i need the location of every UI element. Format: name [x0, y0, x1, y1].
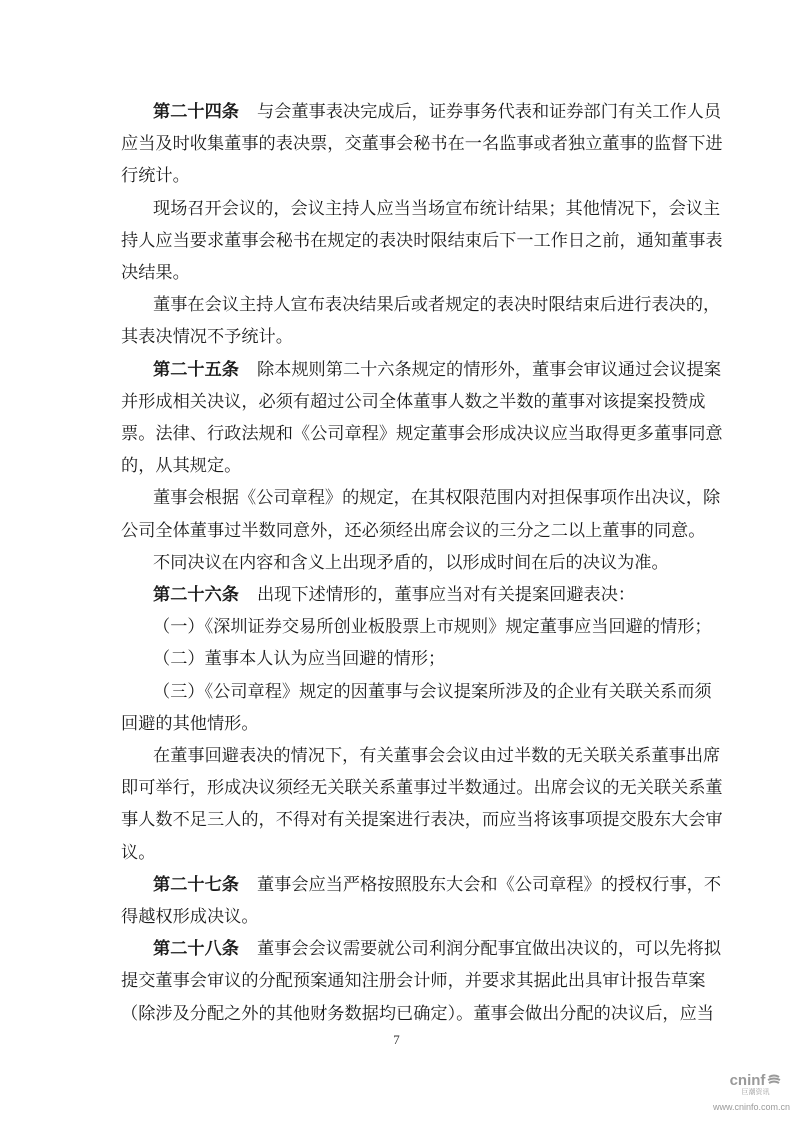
text-line: 其表决情况不予统计。 — [121, 323, 293, 351]
brand-name: cninf — [730, 1072, 766, 1089]
text-line: 回避的其他情形。 — [121, 710, 259, 738]
text-line: 决结果。 — [121, 259, 190, 287]
text-line: 即可举行，形成决议须经无关联关系董事过半数通过。出席会议的无关联关系董 — [121, 774, 684, 802]
text-line: 并形成相关决议，必须有超过公司全体董事人数之半数的董事对该提案投赞成 — [121, 388, 684, 416]
brand-url: www.cninfo.com.cn — [713, 1102, 790, 1112]
text-line: 议。 — [121, 839, 155, 867]
page-number: 7 — [0, 1032, 793, 1048]
article-heading: 第二十四条 — [153, 102, 239, 122]
cninfo-logo-icon — [767, 1074, 781, 1086]
article-heading: 第二十七条 — [153, 875, 239, 895]
text-line: 得越权形成决议。 — [121, 903, 259, 931]
text-line: 持人应当要求董事会秘书在规定的表决时限结束后下一工作日之前，通知董事表 — [121, 227, 684, 255]
text-line: 提交董事会审议的分配预案通知注册会计师，并要求其据此出具审计报告草案 — [121, 967, 684, 995]
text-line: 的，从其规定。 — [121, 452, 241, 480]
text-line: 第二十八条董事会会议需要就公司利润分配事宜做出决议的，可以先将拟 — [153, 935, 684, 963]
text-line: 董事在会议主持人宣布表决结果后或者规定的表决时限结束后进行表决的， — [153, 291, 684, 319]
text-line: （除涉及分配之外的其他财务数据均已确定）。董事会做出分配的决议后，应当 — [121, 1000, 684, 1028]
article-heading: 第二十五条 — [153, 360, 239, 380]
text-line: 第二十五条除本规则第二十六条规定的情形外，董事会审议通过会议提案 — [153, 356, 684, 384]
text-line: 公司全体董事过半数同意外，还必须经出席会议的三分之二以上董事的同意。 — [121, 517, 684, 545]
list-item: （二）董事本人认为应当回避的情形； — [153, 645, 684, 673]
article-heading: 第二十八条 — [153, 939, 239, 959]
cninfo-watermark: cninf 巨潮资讯 — [718, 1073, 793, 1097]
brand-name-cn: 巨潮资讯 — [718, 1088, 793, 1097]
text-line: 事人数不足三人的，不得对有关提案进行表决，而应当将该事项提交股东大会审 — [121, 806, 684, 834]
text-line: 董事会根据《公司章程》的规定，在其权限范围内对担保事项作出决议，除 — [153, 484, 684, 512]
text-line: 应当及时收集董事的表决票，交董事会秘书在一名监事或者独立董事的监督下进 — [121, 130, 684, 158]
text-line: 第二十七条董事会应当严格按照股东大会和《公司章程》的授权行事，不 — [153, 871, 684, 899]
text-line: 第二十六条出现下述情形的，董事应当对有关提案回避表决： — [153, 581, 684, 609]
text-line: 在董事回避表决的情况下，有关董事会会议由过半数的无关联关系董事出席 — [153, 742, 684, 770]
list-item: （三）《公司章程》规定的因董事与会议提案所涉及的企业有关联关系而须 — [153, 678, 684, 706]
text-line: 票。法律、行政法规和《公司章程》规定董事会形成决议应当取得更多董事同意 — [121, 420, 684, 448]
text-line: 现场召开会议的，会议主持人应当当场宣布统计结果；其他情况下，会议主 — [153, 195, 684, 223]
text-line: 第二十四条与会董事表决完成后，证券事务代表和证券部门有关工作人员 — [153, 98, 684, 126]
article-heading: 第二十六条 — [153, 585, 239, 605]
text-line: 不同决议在内容和含义上出现矛盾的，以形成时间在后的决议为准。 — [153, 549, 684, 577]
text-line: 行统计。 — [121, 162, 190, 190]
list-item: （一）《深圳证券交易所创业板股票上市规则》规定董事应当回避的情形； — [153, 613, 684, 641]
